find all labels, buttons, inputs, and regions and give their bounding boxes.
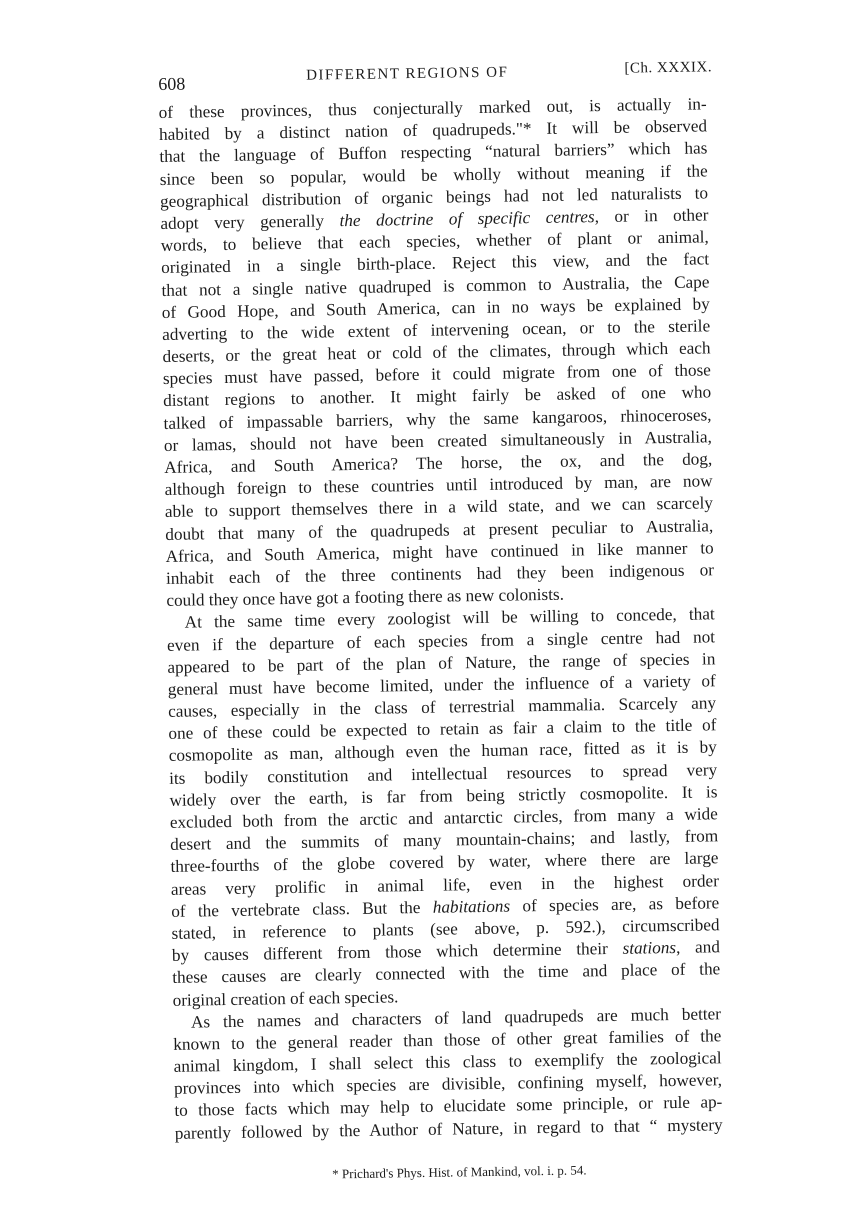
page-number: 608 [158, 74, 185, 95]
running-title: DIFFERENT REGIONS OF [306, 64, 508, 84]
chapter-label: [Ch. XXXIX. [624, 59, 712, 77]
book-page: 608 DIFFERENT REGIONS OF [Ch. XXXIX. of … [158, 59, 723, 1184]
page-header: 608 DIFFERENT REGIONS OF [Ch. XXXIX. [158, 59, 706, 94]
body-text: of these provinces, thus conjecturally m… [159, 93, 723, 1144]
footnote: * Prichard's Phys. Hist. of Mankind, vol… [195, 1160, 723, 1184]
